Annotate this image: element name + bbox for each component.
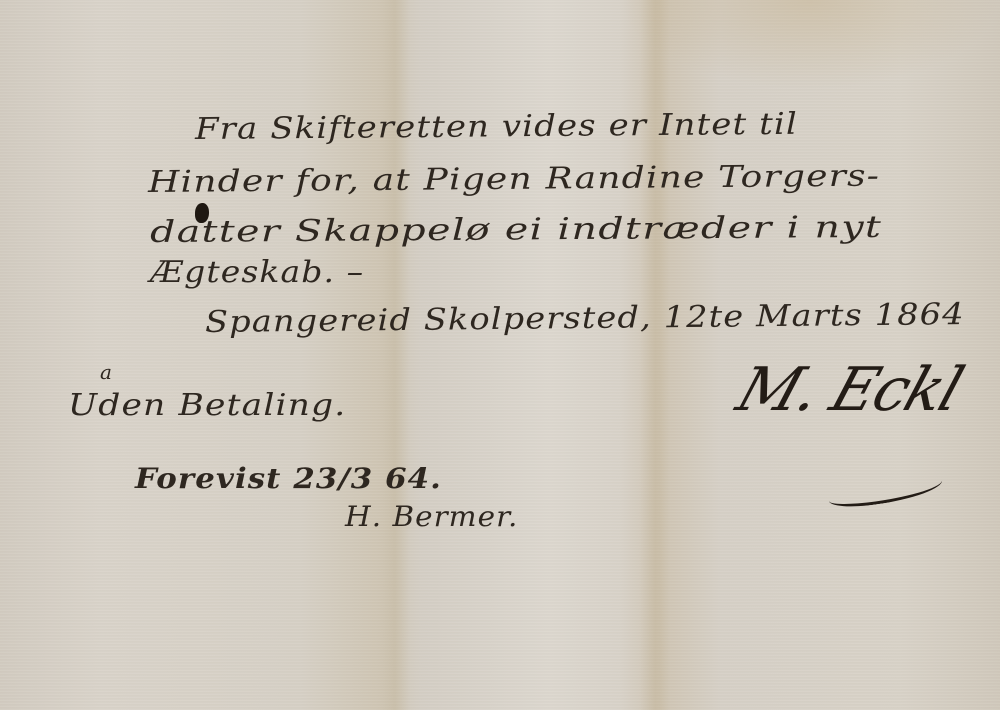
- signature: M. Eckl: [729, 355, 970, 425]
- annotation-mark: a: [100, 360, 112, 384]
- paper-stain: [620, 0, 1000, 90]
- signature-flourish: [827, 470, 944, 511]
- body-line-4: Ægteskab. –: [150, 255, 364, 290]
- note-left: Uden Betaling.: [68, 388, 346, 423]
- body-line-2: Hinder for, at Pigen Randine Torgers-: [148, 159, 880, 200]
- registration-signature: H. Bermer.: [345, 500, 518, 533]
- dateline: Spangereid Skolpersted, 12te Marts 1864: [205, 297, 965, 340]
- registration-line: Forevist 23/3 64.: [135, 462, 442, 495]
- paper-fold: [640, 0, 670, 710]
- letter-page: Fra Skifteretten vides er Intet til Hind…: [0, 0, 1000, 710]
- paper-fold: [380, 0, 410, 710]
- body-line-1: Fra Skifteretten vides er Intet til: [195, 107, 798, 147]
- body-line-3: datter Skappelø ei indtræder i nyt: [150, 210, 882, 250]
